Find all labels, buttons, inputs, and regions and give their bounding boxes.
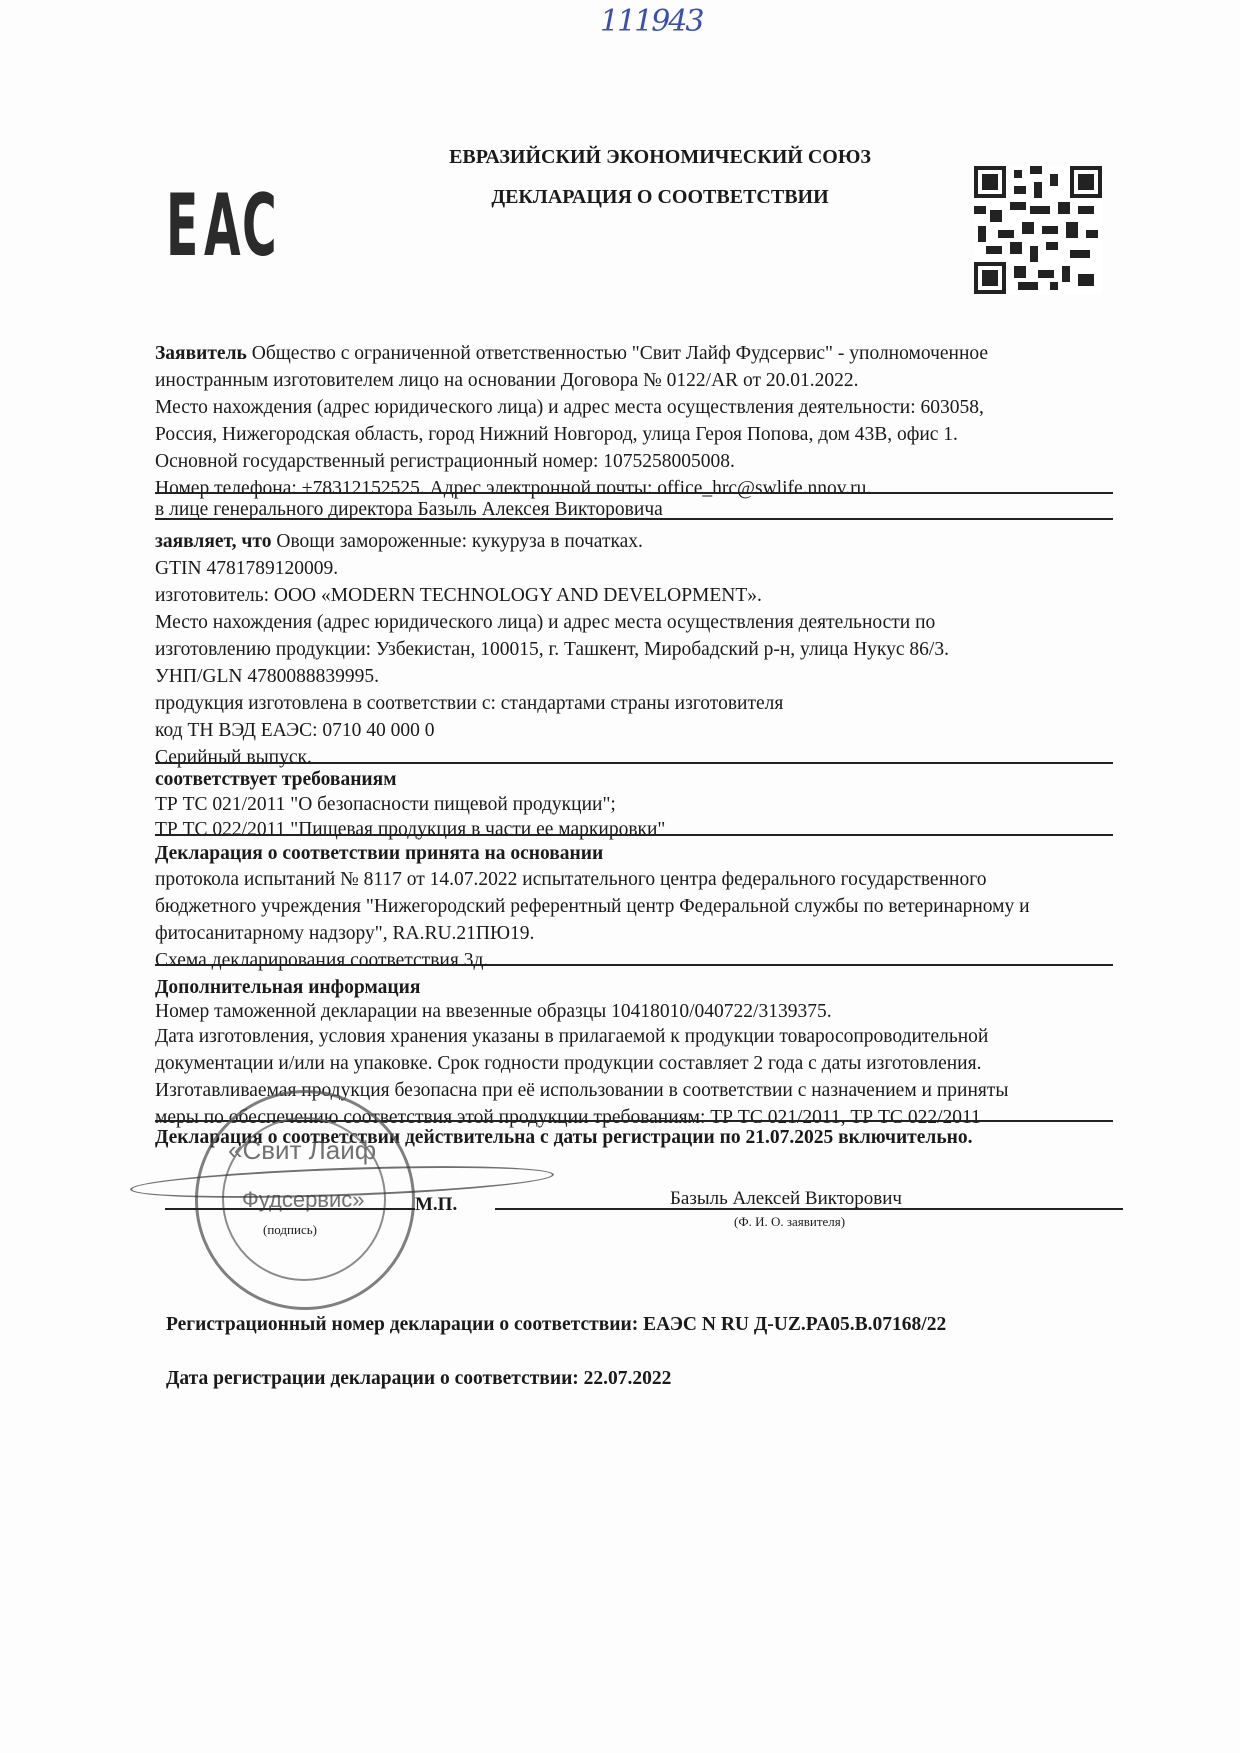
- basis-label: Декларация о соответствии принята на осн…: [155, 842, 603, 866]
- product-declaration: заявляет, что Овощи замороженные: кукуру…: [155, 530, 643, 554]
- name-caption: (Ф. И. О. заявителя): [734, 1214, 845, 1230]
- product-batch: Серийный выпуск.: [155, 746, 312, 770]
- handwritten-number: 111943: [600, 4, 703, 39]
- divider: [155, 518, 1113, 520]
- applicant-label: Заявитель: [155, 343, 247, 364]
- applicant-line3: Место нахождения (адрес юридического лиц…: [155, 396, 984, 420]
- divider: [155, 762, 1113, 764]
- signature-caption: (подпись): [263, 1222, 317, 1238]
- applicant-line2: иностранным изготовителем лицо на основа…: [155, 369, 859, 393]
- signature-line: [165, 1208, 415, 1210]
- requirements-label: соответствует требованиям: [155, 768, 397, 792]
- manufacturer-address1: Место нахождения (адрес юридического лиц…: [155, 611, 935, 635]
- declaration-scheme: Схема декларирования соответствия 3д.: [155, 949, 488, 973]
- union-title: ЕВРАЗИЙСКИЙ ЭКОНОМИЧЕСКИЙ СОЮЗ: [300, 146, 1020, 169]
- product-gtin: GTIN 4781789120009.: [155, 557, 338, 581]
- registration-number: Регистрационный номер декларации о соотв…: [166, 1314, 946, 1336]
- eac-logo-a: А: [204, 176, 222, 276]
- name-line: [495, 1208, 1123, 1210]
- product-hs-code: код ТН ВЭД ЕАЭС: 0710 40 000 0: [155, 719, 435, 743]
- mp-label: М.П.: [415, 1194, 457, 1216]
- basis-line2: бюджетного учреждения "Нижегородский реф…: [155, 895, 1030, 919]
- eac-logo-c: С: [242, 176, 260, 276]
- qr-code-icon: [974, 166, 1102, 294]
- additional-line3: документации и/или на упаковке. Срок год…: [155, 1052, 981, 1076]
- applicant-line1: Заявитель Общество с ограниченной ответс…: [155, 342, 988, 366]
- manufacturer-gln: УНП/GLN 4780088839995.: [155, 665, 379, 689]
- requirement-item: ТР ТС 022/2011 "Пищевая продукция в част…: [155, 818, 665, 842]
- additional-line2: Дата изготовления, условия хранения указ…: [155, 1025, 988, 1049]
- applicant-full-name: Базыль Алексей Викторович: [670, 1188, 902, 1210]
- divider: [155, 834, 1113, 836]
- company-stamp: «Свит Лайф Фудсервис»: [195, 1090, 415, 1310]
- eac-logo-e: Е: [166, 176, 184, 276]
- applicant-line4: Россия, Нижегородская область, город Ниж…: [155, 423, 958, 447]
- divider: [155, 964, 1113, 966]
- manufacturer-address2: изготовлению продукции: Узбекистан, 1000…: [155, 638, 949, 662]
- requirement-item: ТР ТС 021/2011 "О безопасности пищевой п…: [155, 793, 616, 817]
- additional-info-label: Дополнительная информация: [155, 976, 420, 1000]
- applicant-ogrn: Основной государственный регистрационный…: [155, 450, 735, 474]
- basis-line1: протокола испытаний № 8117 от 14.07.2022…: [155, 868, 986, 892]
- registration-date: Дата регистрации декларации о соответств…: [166, 1368, 671, 1390]
- basis-line3: фитосанитарному надзору", RA.RU.21ПЮ19.: [155, 922, 534, 946]
- divider: [155, 492, 1113, 494]
- eac-logo: Е А С: [166, 176, 270, 276]
- document-title: ДЕКЛАРАЦИЯ О СООТВЕТСТВИИ: [300, 186, 1020, 209]
- product-standards: продукция изготовлена в соответствии с: …: [155, 692, 783, 716]
- product-manufacturer: изготовитель: ООО «MODERN TECHNOLOGY AND…: [155, 584, 762, 608]
- additional-line1: Номер таможенной декларации на ввезенные…: [155, 1000, 832, 1024]
